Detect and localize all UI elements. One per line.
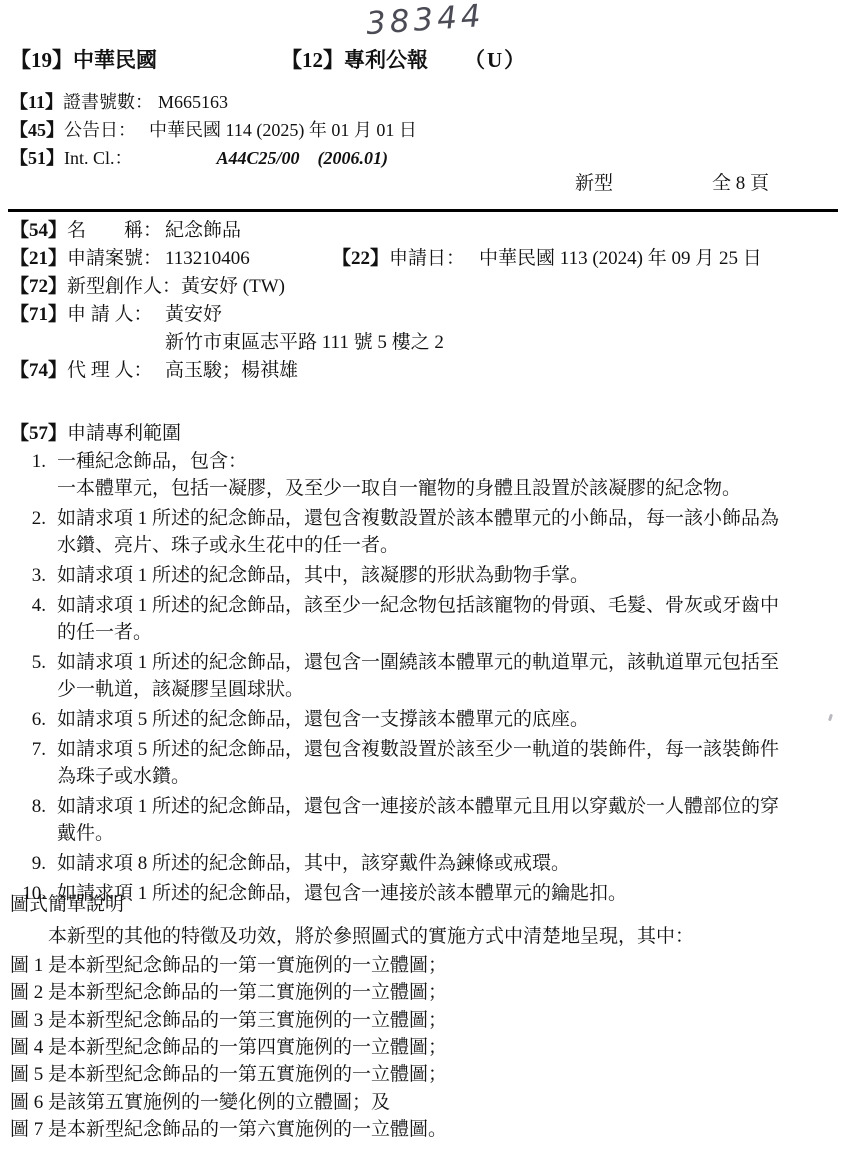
claim-text-line1: 如請求項 1 所述的紀念飾品，還包含複數設置於該本體單元的小飾品，每一該小飾品為: [57, 505, 800, 532]
claim-number: 3.: [10, 562, 46, 589]
claim-number: 4.: [10, 592, 46, 619]
claim-text-line2: 的任一者。: [57, 619, 800, 646]
claims-section: 【57】申請專利範圍 1. 一種紀念飾品，包含： 一本體單元，包括一凝膠，及至少…: [10, 420, 800, 910]
claim-text-line1: 如請求項 1 所述的紀念飾品，還包含一圍繞該本體單元的軌道單元，該軌道單元包括至: [57, 649, 800, 676]
certificate-number-value: M665163: [158, 92, 228, 112]
claim-number: 7.: [10, 736, 46, 763]
inid-21-bracket: 【21】: [10, 248, 67, 269]
figures-list: 圖 1 是本新型紀念飾品的一第一實施例的一立體圖； 圖 2 是本新型紀念飾品的一…: [10, 952, 810, 1144]
claim-text-line2: 水鑽、亮片、珠子或永生花中的任一者。: [57, 532, 800, 559]
inid-12-bracket: 【12】: [281, 48, 344, 72]
header-divider-rule: [8, 209, 838, 212]
app-number-left: 【21】申請案號：: [10, 245, 165, 273]
claims-list: 1. 一種紀念飾品，包含： 一本體單元，包括一凝膠，及至少一取自一寵物的身體且設…: [10, 448, 800, 907]
claim-number: 1.: [10, 448, 46, 475]
title-row: 【54】名 稱：紀念飾品: [10, 217, 762, 245]
certificate-number-row: 【11】證書號數：M665163: [10, 88, 417, 116]
inid-72-bracket: 【72】: [10, 276, 67, 297]
app-date-value: 中華民國 113 (2024) 年 09 月 25 日: [479, 248, 762, 269]
claim-text-line1: 如請求項 1 所述的紀念飾品，其中，該凝膠的形狀為動物手掌。: [57, 562, 800, 589]
gazette-header: 【19】中華民國【12】專利公報（U）: [10, 44, 527, 74]
title-label: 名 稱：: [67, 220, 162, 241]
claim-item: 5. 如請求項 1 所述的紀念飾品，還包含一圍繞該本體單元的軌道單元，該軌道單元…: [10, 649, 800, 703]
patent-type-label: 新型: [575, 168, 613, 195]
country-field: 【19】中華民國: [10, 48, 157, 72]
publication-date-value: 中華民國 114 (2025) 年 01 月 01 日: [149, 120, 417, 140]
biblio-main-block: 【54】名 稱：紀念飾品 【21】申請案號：113210406【22】申請日：中…: [10, 217, 762, 385]
inid-57-bracket: 【57】: [10, 423, 67, 444]
figures-intro: 本新型的其他的特徵及功效，將於參照圖式的實施方式中清楚地呈現，其中：: [10, 923, 810, 950]
applicant-label: 申 請 人：: [67, 304, 153, 325]
scan-artifact: [828, 714, 833, 722]
inid-45-bracket: 【45】: [10, 120, 64, 140]
certificate-number-label: 證書號數：: [63, 92, 153, 112]
claim-number: 6.: [10, 706, 46, 733]
application-number-group: 【21】申請案號：113210406: [10, 245, 332, 273]
claim-text-line2: 一本體單元，包括一凝膠，及至少一取自一寵物的身體且設置於該凝膠的紀念物。: [57, 475, 800, 502]
claim-text-line1: 一種紀念飾品，包含：: [57, 448, 800, 475]
publication-date-label: 公告日：: [64, 120, 136, 140]
claim-number: 5.: [10, 649, 46, 676]
agent-names: 高玉駿；楊祺雄: [165, 357, 298, 385]
claim-text-line2: 少一軌道，該凝膠呈圓球狀。: [57, 676, 800, 703]
claim-item: 7. 如請求項 5 所述的紀念飾品，還包含複數設置於該至少一軌道的裝飾件，每一該…: [10, 736, 800, 790]
gazette-title: 專利公報: [344, 48, 428, 72]
biblio-top-block: 【11】證書號數：M665163 【45】公告日：中華民國 114 (2025)…: [10, 88, 417, 172]
claim-item: 3. 如請求項 1 所述的紀念飾品，其中，該凝膠的形狀為動物手掌。: [10, 562, 800, 589]
country-name: 中華民國: [73, 48, 157, 72]
title-left: 【54】名 稱：: [10, 217, 165, 245]
figures-heading: 圖式簡單說明: [10, 891, 810, 918]
applicant-row: 【71】申 請 人：黃安妤: [10, 301, 762, 329]
claim-item: 1. 一種紀念飾品，包含： 一本體單元，包括一凝膠，及至少一取自一寵物的身體且設…: [10, 448, 800, 502]
inventor-left: 【72】新型創作人：: [10, 273, 181, 301]
application-row: 【21】申請案號：113210406【22】申請日：中華民國 113 (2024…: [10, 245, 762, 273]
figure-description: 圖 7 是本新型紀念飾品的一第六實施例的一立體圖。: [10, 1116, 810, 1143]
agent-row: 【74】代 理 人：高玉駿；楊祺雄: [10, 357, 762, 385]
inventor-row: 【72】新型創作人：黃安妤 (TW): [10, 273, 762, 301]
agent-left: 【74】代 理 人：: [10, 357, 165, 385]
claim-item: 6. 如請求項 5 所述的紀念飾品，還包含一支撐該本體單元的底座。: [10, 706, 800, 733]
publication-date-row: 【45】公告日：中華民國 114 (2025) 年 01 月 01 日: [10, 116, 417, 144]
gazette-field: 【12】專利公報: [281, 48, 428, 72]
inventor-name: 黃安妤 (TW): [181, 273, 285, 301]
claim-text-line2: 戴件。: [57, 820, 800, 847]
figure-description: 圖 3 是本新型紀念飾品的一第三實施例的一立體圖；: [10, 1007, 810, 1034]
figures-section: 圖式簡單說明 本新型的其他的特徵及功效，將於參照圖式的實施方式中清楚地呈現，其中…: [10, 891, 810, 1144]
applicant-left: 【71】申 請 人：: [10, 301, 165, 329]
inventor-label: 新型創作人：: [67, 276, 181, 297]
claim-text-line1: 如請求項 8 所述的紀念飾品，其中，該穿戴件為鍊條或戒環。: [57, 850, 800, 877]
applicant-name: 黃安妤: [165, 301, 222, 329]
claim-number: 9.: [10, 850, 46, 877]
app-number-value: 113210406: [165, 248, 250, 269]
claim-number: 2.: [10, 505, 46, 532]
applicant-address-row: 新竹市東區志平路 111 號 5 樓之 2: [10, 329, 762, 357]
claim-item: 8. 如請求項 1 所述的紀念飾品，還包含一連接於該本體單元且用以穿戴於一人體部…: [10, 793, 800, 847]
applicant-address: 新竹市東區志平路 111 號 5 樓之 2: [165, 329, 444, 357]
figure-description: 圖 6 是該第五實施例的一變化例的立體圖；及: [10, 1089, 810, 1116]
claim-number: 8.: [10, 793, 46, 820]
handwritten-number: 38344: [365, 0, 486, 42]
invention-title: 紀念飾品: [165, 217, 241, 245]
figure-description: 圖 2 是本新型紀念飾品的一第二實施例的一立體圖；: [10, 979, 810, 1006]
figure-description: 圖 4 是本新型紀念飾品的一第四實施例的一立體圖；: [10, 1034, 810, 1061]
total-pages-label: 全 8 頁: [712, 168, 769, 195]
int-cl-value: A44C25/00 (2006.01): [217, 148, 389, 168]
type-pages-row: 新型 全 8 頁: [0, 168, 847, 192]
applicant-address-spacer: [10, 329, 165, 357]
claim-text-line1: 如請求項 5 所述的紀念飾品，還包含複數設置於該至少一軌道的裝飾件，每一該裝飾件: [57, 736, 800, 763]
inid-74-bracket: 【74】: [10, 360, 67, 381]
claims-heading-text: 申請專利範圍: [67, 423, 181, 444]
inid-51-bracket: 【51】: [10, 148, 64, 168]
claim-text-line1: 如請求項 1 所述的紀念飾品，還包含一連接於該本體單元且用以穿戴於一人體部位的穿: [57, 793, 800, 820]
inid-54-bracket: 【54】: [10, 220, 67, 241]
figure-description: 圖 5 是本新型紀念飾品的一第五實施例的一立體圖；: [10, 1061, 810, 1088]
figure-description: 圖 1 是本新型紀念飾品的一第一實施例的一立體圖；: [10, 952, 810, 979]
agent-label: 代 理 人：: [67, 360, 153, 381]
claim-item: 4. 如請求項 1 所述的紀念飾品，該至少一紀念物包括該寵物的骨頭、毛髮、骨灰或…: [10, 592, 800, 646]
application-date-group: 【22】申請日：中華民國 113 (2024) 年 09 月 25 日: [332, 245, 762, 273]
int-cl-label: Int. Cl.：: [64, 148, 133, 168]
claims-heading: 【57】申請專利範圍: [10, 420, 800, 447]
claim-text-line2: 為珠子或水鑽。: [57, 763, 800, 790]
inid-71-bracket: 【71】: [10, 304, 67, 325]
inid-22-bracket: 【22】: [332, 248, 389, 269]
claim-text-line1: 如請求項 1 所述的紀念飾品，該至少一紀念物包括該寵物的骨頭、毛髮、骨灰或牙齒中: [57, 592, 800, 619]
patent-gazette-page: 38344 【19】中華民國【12】專利公報（U） 【11】證書號數：M6651…: [0, 0, 847, 1161]
kind-code: （U）: [464, 48, 527, 72]
inid-11-bracket: 【11】: [10, 92, 63, 112]
claim-item: 2. 如請求項 1 所述的紀念飾品，還包含複數設置於該本體單元的小飾品，每一該小…: [10, 505, 800, 559]
app-number-label: 申請案號：: [67, 248, 162, 269]
app-date-label: 申請日：: [389, 248, 465, 269]
claim-item: 9. 如請求項 8 所述的紀念飾品，其中，該穿戴件為鍊條或戒環。: [10, 850, 800, 877]
inid-19-bracket: 【19】: [10, 48, 73, 72]
claim-text-line1: 如請求項 5 所述的紀念飾品，還包含一支撐該本體單元的底座。: [57, 706, 800, 733]
